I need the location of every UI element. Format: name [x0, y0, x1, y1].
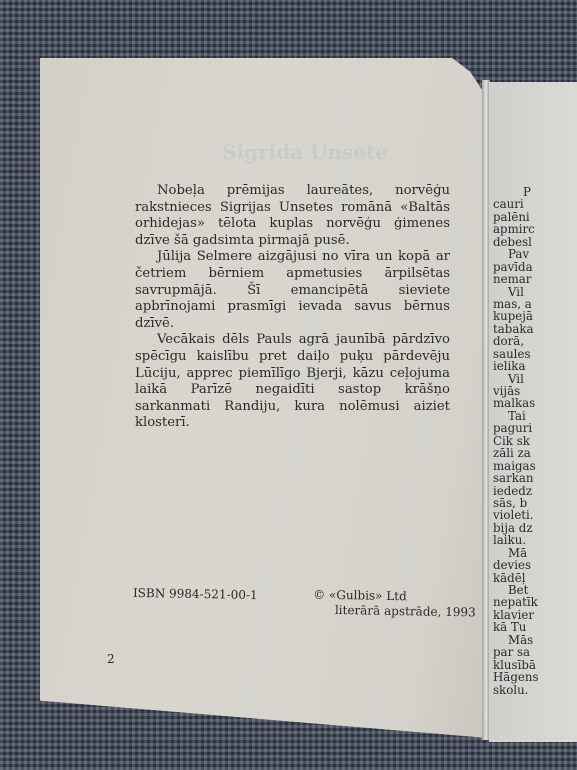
right-page-line: sarkan: [493, 472, 577, 484]
copyright-line-1: © «Gulbis» Ltd: [313, 588, 407, 604]
right-page-line: dorā,: [493, 335, 577, 347]
right-page-line: laiku.: [493, 534, 577, 546]
right-page-text: Pcauripalēniapmircdebesl Pavpavīdanemar …: [493, 186, 577, 696]
copyright-notice: © «Gulbis» Ltd literārā apstrāde, 1993: [313, 588, 476, 621]
right-page-line: Pav: [493, 248, 577, 260]
right-page-line: Hāgens: [493, 671, 577, 683]
right-page-line: kupejā: [493, 310, 577, 322]
right-page-line: paguri: [493, 422, 577, 434]
copyright-line-2: literārā apstrāde, 1993: [313, 603, 476, 621]
right-page-line: zāli za: [493, 447, 577, 459]
right-page-line: apmirc: [493, 223, 577, 235]
right-page-line: par sa: [493, 646, 577, 658]
right-page-line: malkas: [493, 397, 577, 409]
isbn-number: ISBN 9984-521-00-1: [133, 586, 258, 602]
right-page-line: kā Tu: [493, 621, 577, 633]
right-page-line: nemar: [493, 273, 577, 285]
right-page-line: ielika: [493, 360, 577, 372]
blurb-paragraph-3: Vecākais dēls Pauls agrā jaunībā pārdzīv…: [135, 332, 450, 432]
blurb-paragraph-2: Jūlija Selmere aizgājusi no vīra un kopā…: [135, 249, 450, 332]
right-page-line: nepatīk: [493, 596, 577, 608]
right-page-line: cauri: [493, 198, 577, 210]
blurb-paragraph-1: Nobeļa prēmijas laureātes, norvēģu rakst…: [135, 183, 450, 249]
right-page-line: devies: [493, 559, 577, 571]
page-number: 2: [107, 652, 115, 666]
right-page-line: violeti.: [493, 509, 577, 521]
book-blurb: Nobeļa prēmijas laureātes, norvēģu rakst…: [135, 183, 450, 432]
right-page-line: skolu.: [493, 684, 577, 696]
